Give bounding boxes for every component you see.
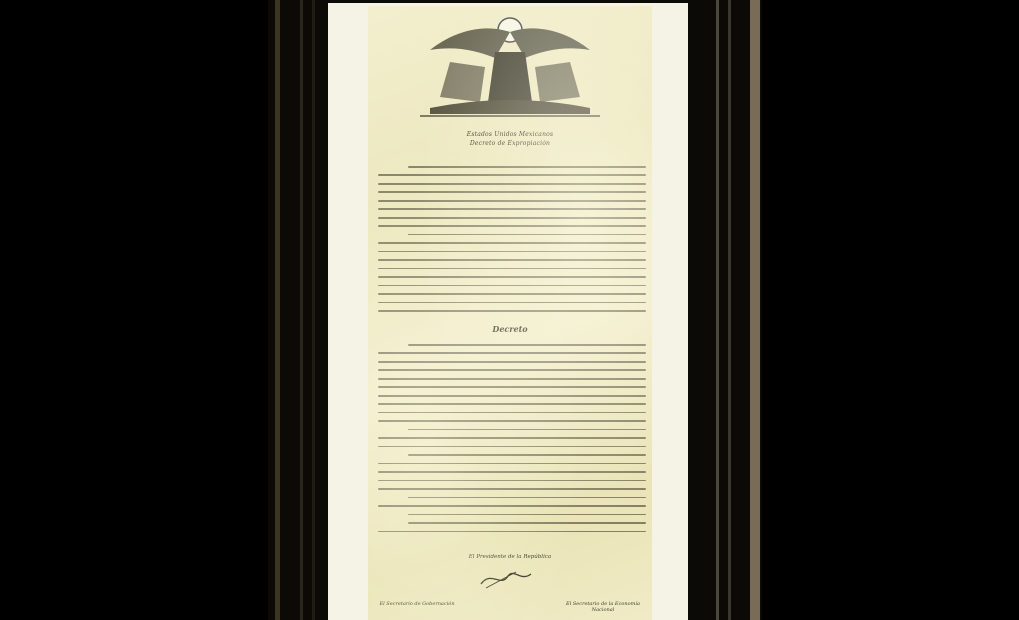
script-line bbox=[378, 310, 646, 312]
frame-molding bbox=[728, 0, 731, 620]
script-line bbox=[378, 480, 646, 482]
script-line bbox=[378, 378, 646, 380]
script-line bbox=[378, 191, 646, 193]
signature-right: El Secretario de la Economía Nacional bbox=[558, 601, 648, 613]
script-line bbox=[378, 276, 646, 278]
script-line bbox=[378, 471, 646, 473]
script-line bbox=[408, 429, 646, 431]
script-line bbox=[408, 234, 646, 236]
script-line bbox=[408, 497, 646, 499]
script-line bbox=[378, 395, 646, 397]
script-line bbox=[378, 293, 646, 295]
signature-title: El Presidente de la República bbox=[368, 554, 652, 560]
script-line bbox=[408, 454, 646, 456]
script-line bbox=[378, 361, 646, 363]
script-line bbox=[378, 505, 646, 507]
script-line bbox=[408, 344, 646, 346]
script-line bbox=[408, 514, 646, 516]
script-line bbox=[378, 412, 646, 414]
script-line bbox=[378, 242, 646, 244]
script-line bbox=[378, 352, 646, 354]
script-line bbox=[378, 369, 646, 371]
script-line bbox=[378, 403, 646, 405]
signature-icon bbox=[476, 566, 536, 590]
script-line bbox=[408, 166, 646, 168]
script-line bbox=[378, 285, 646, 287]
frame-molding bbox=[275, 0, 280, 620]
script-line bbox=[378, 259, 646, 261]
script-line bbox=[378, 174, 646, 176]
script-line bbox=[378, 251, 646, 253]
script-line bbox=[378, 446, 646, 448]
script-line bbox=[408, 522, 646, 524]
considerando-paragraphs bbox=[378, 166, 646, 319]
script-line bbox=[378, 488, 646, 490]
signature-left: El Secretario de Gobernación bbox=[372, 601, 462, 607]
frame-molding bbox=[300, 0, 303, 620]
eagle-crest-icon bbox=[410, 12, 610, 118]
document-subheading: Decreto de Expropiación bbox=[368, 140, 652, 147]
script-line bbox=[378, 208, 646, 210]
script-line bbox=[378, 531, 646, 533]
frame-molding bbox=[716, 0, 719, 620]
script-line bbox=[378, 217, 646, 219]
frame-molding bbox=[750, 0, 760, 620]
decree-articles bbox=[378, 344, 646, 539]
script-line bbox=[378, 183, 646, 185]
script-line bbox=[378, 420, 646, 422]
script-line bbox=[378, 386, 646, 388]
script-line bbox=[378, 463, 646, 465]
frame-molding bbox=[312, 0, 315, 620]
script-line bbox=[378, 268, 646, 270]
document-heading: Estados Unidos Mexicanos bbox=[368, 131, 652, 138]
script-line bbox=[378, 302, 646, 304]
script-line bbox=[378, 200, 646, 202]
decree-paper: Estados Unidos Mexicanos Decreto de Expr… bbox=[368, 6, 652, 620]
script-line bbox=[378, 225, 646, 227]
decree-section-title: Decreto bbox=[368, 324, 652, 334]
script-line bbox=[378, 437, 646, 439]
